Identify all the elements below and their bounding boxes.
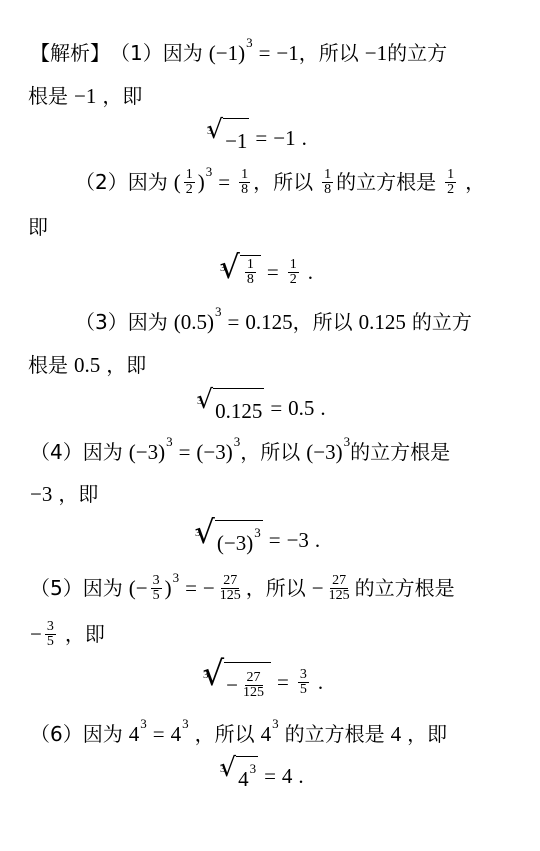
part-2-line-1: （2） 因为 ( 12 )3 = 18 ，所以 18 的立方根是 12 ， [75,162,485,202]
part-3-line-1: （3） 因为 (0.5)3 = 0.125 ，所以 0.125 的立方 [75,302,472,342]
fraction: 35 [45,620,56,649]
header-label: 【解析】 [30,33,110,73]
part-5-line-1: （5） 因为 (− 35 )3 = − 27125 ，所以 − 27125 的立… [30,568,455,608]
fraction: 12 [445,168,456,197]
part-5-equation: 3√−27125 = 35 . [203,662,323,702]
cube-root: 3√(−3)3 [195,517,263,563]
part-6-equation: 3√43 = 4 . [220,756,304,796]
part-1-line-2: 根是 −1 ，即 [28,76,142,116]
part-1-equation: 3√−1 = −1 . [207,118,307,158]
part-label: （6） [30,714,83,754]
fraction: 35 [151,574,162,603]
math: (−1) [209,33,245,73]
fraction: 18 [239,168,250,197]
cube-root: 3√0.125 [197,385,264,431]
cube-root: 3√−1 [207,115,249,161]
cube-root: 3√−27125 [203,659,271,705]
fraction: 27125 [218,574,243,603]
part-1-line-1: 【解析】 （1） 因为 (−1)3 = −1 ，所以 −1 的立方 [30,33,447,73]
part-4-line-2: −3 ，即 [30,474,98,514]
cube-root: 3√18 [220,252,261,292]
part-label: （4） [30,432,83,472]
part-3-line-2: 根是 0.5 ，即 [28,345,146,385]
part-3-equation: 3√0.125 = 0.5 . [197,388,326,428]
part-4-equation: 3√(−3)3 = −3 . [195,520,320,560]
part-6-line-1: （6） 因为 43 = 43 ，所以 43 的立方根是 4 ，即 [30,714,447,754]
part-4-line-1: （4） 因为 (−3)3 = (−3)3 ，所以 (−3)3 的立方根是 [30,432,450,472]
part-2-equation: 3√18 = 12 . [220,252,313,292]
part-label: （1） [110,33,163,73]
part-label: （3） [75,302,128,342]
fraction: 35 [298,668,309,697]
part-label: （2） [75,162,128,202]
fraction: 12 [288,258,299,287]
part-2-line-2: 即 [28,207,48,247]
cube-root: 3√43 [220,753,258,799]
part-label: （5） [30,568,83,608]
fraction: 18 [322,168,333,197]
fraction: 27125 [327,574,352,603]
part-5-line-2: − 35 ，即 [30,614,105,654]
fraction: 12 [184,168,195,197]
